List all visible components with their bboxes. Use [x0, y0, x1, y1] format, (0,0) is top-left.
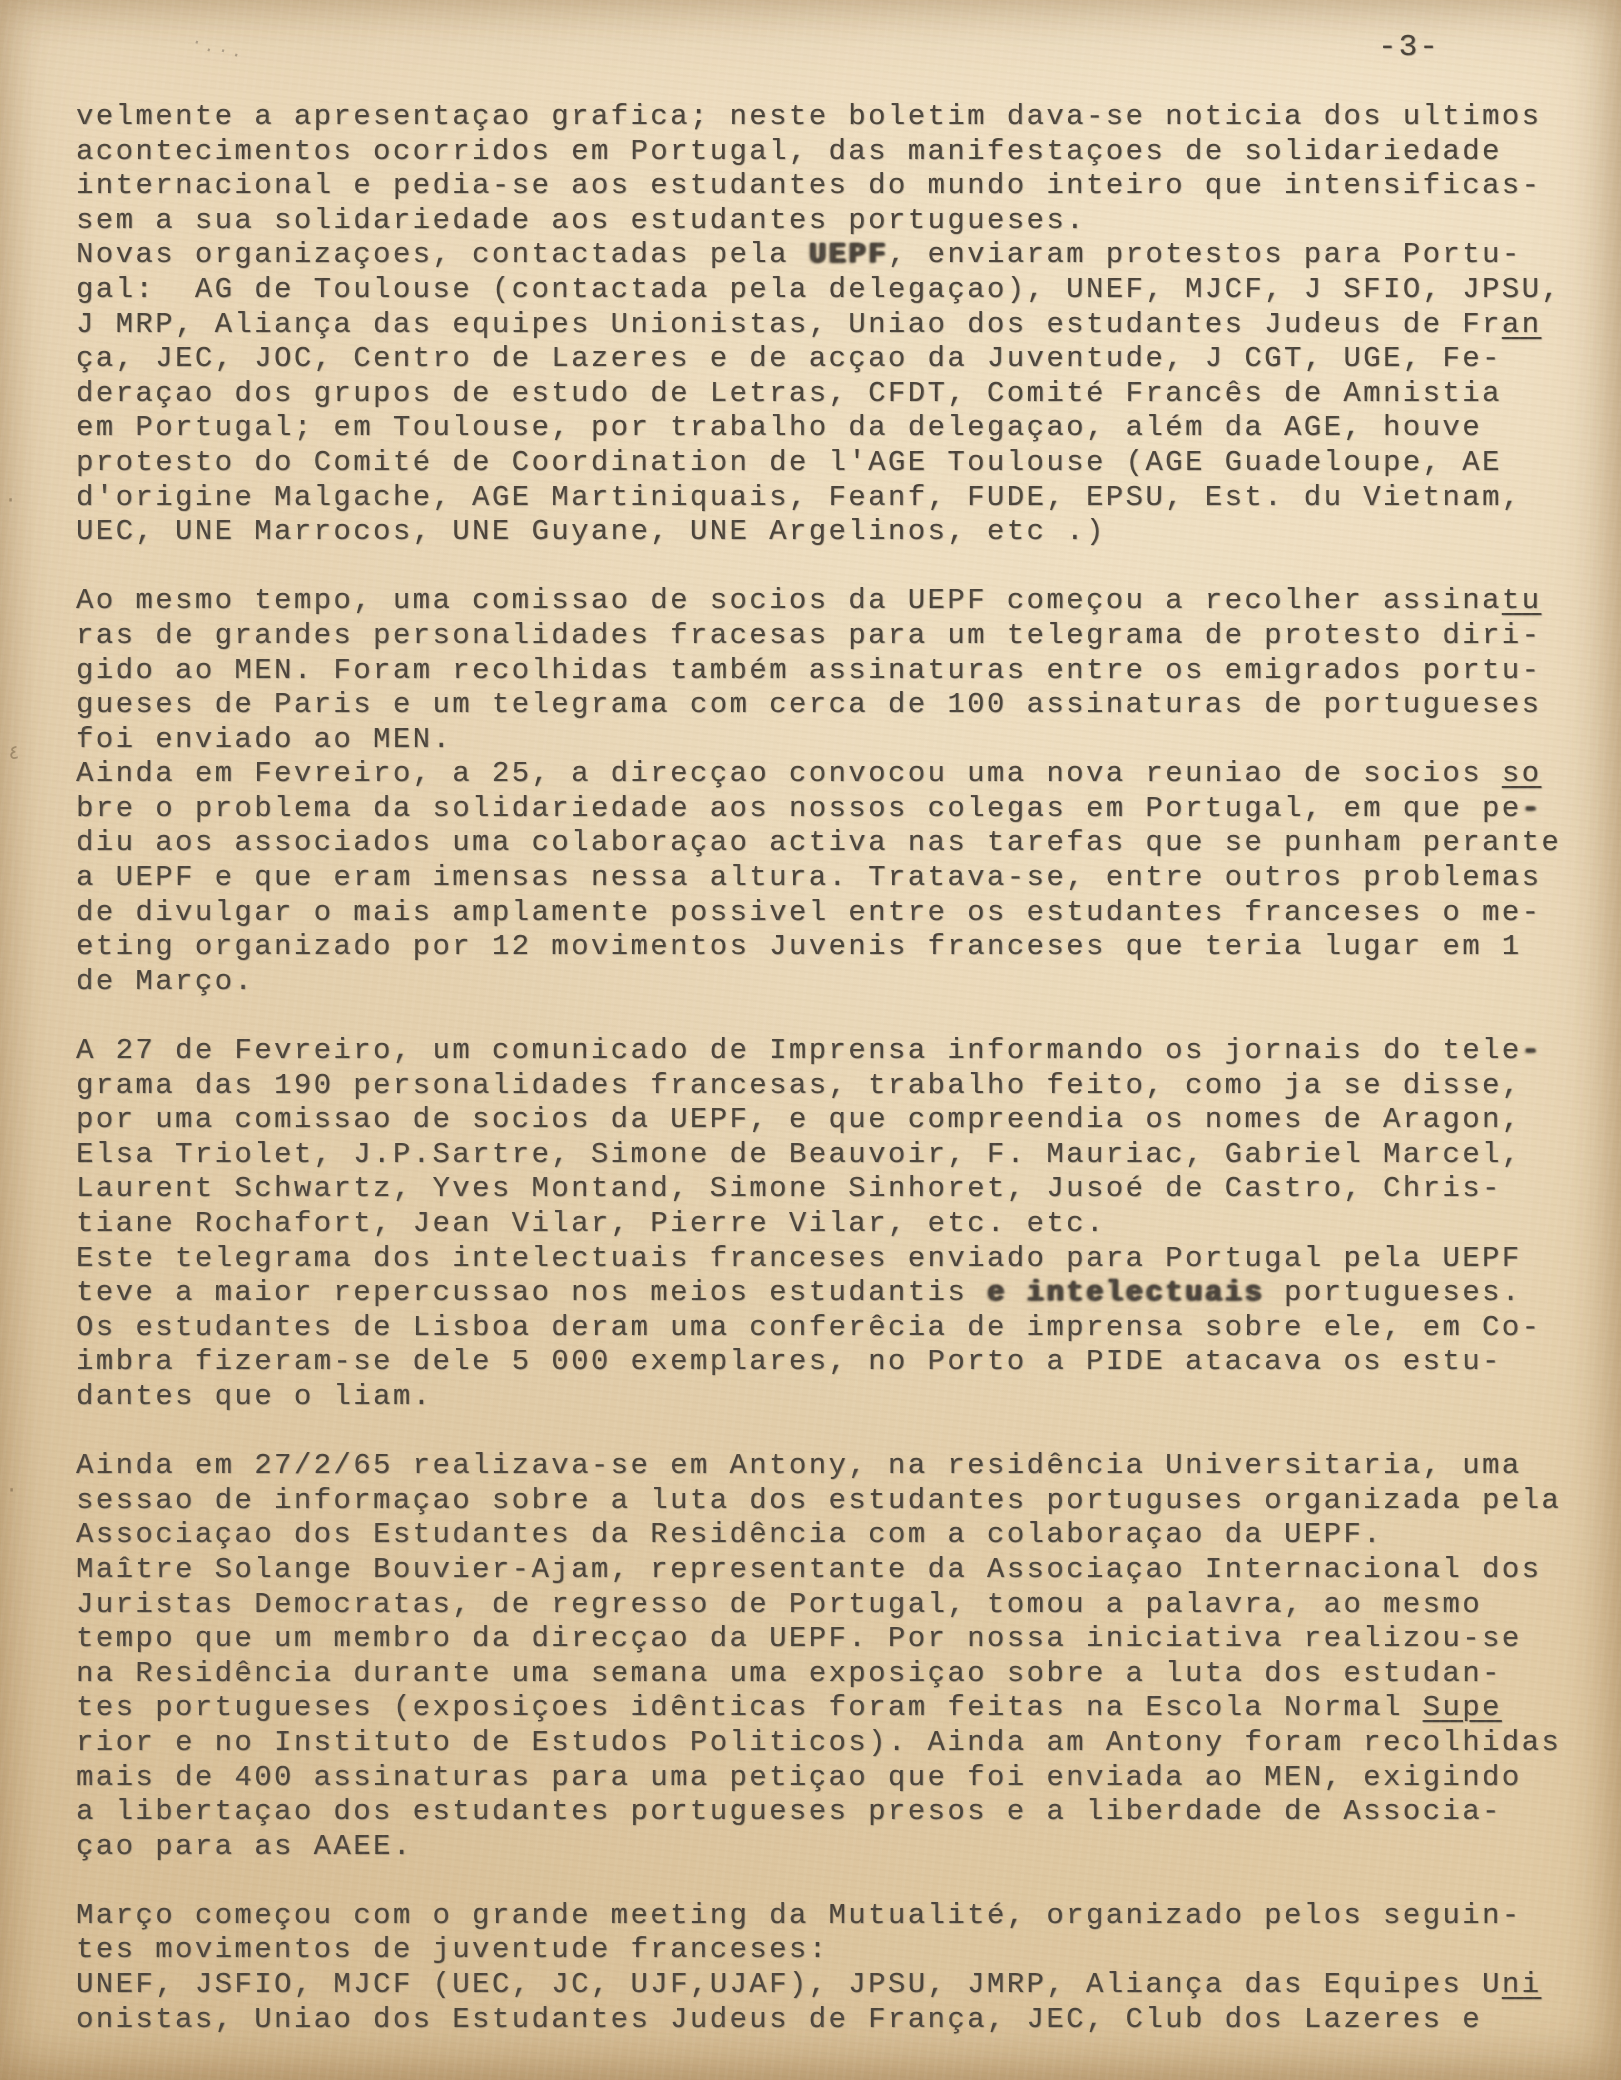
text-line: bre o problema da solidariedade aos noss…: [76, 792, 1576, 827]
page-body: velmente a apresentaçao grafica; neste b…: [76, 100, 1576, 2037]
text-segment: A 27 de Fevreiro, um comunicado de Impre…: [76, 1034, 1522, 1067]
text-line: Laurent Schwartz, Yves Montand, Simone S…: [76, 1172, 1576, 1207]
scan-artifact: ·: [4, 488, 20, 513]
text-segment: Ainda em Fevreiro, a 25, a direcçao conv…: [76, 757, 1502, 790]
text-line: onistas, Uniao dos Estudantes Judeus de …: [76, 2003, 1576, 2038]
text-line: Novas organizaçoes, contactadas pela UEP…: [76, 238, 1576, 273]
text-line: de divulgar o mais amplamente possivel e…: [76, 896, 1576, 931]
scan-artifact: ·: [5, 1478, 21, 1503]
text-line: Associaçao dos Estudantes da Residência …: [76, 1518, 1576, 1553]
text-line: ça, JEC, JOC, Centro de Lazeres e de acç…: [76, 342, 1576, 377]
text-line: grama das 190 personalidades francesas, …: [76, 1069, 1576, 1104]
text-line: Este telegrama dos intelectuais francese…: [76, 1242, 1576, 1277]
underlined-text: ni: [1502, 1968, 1542, 2001]
underlined-text: tu: [1502, 584, 1542, 617]
text-line: a libertaçao dos estudantes portugueses …: [76, 1795, 1576, 1830]
text-line: Ao mesmo tempo, uma comissao de socios d…: [76, 584, 1576, 619]
text-segment: tes portugueses (exposiçoes idênticas fo…: [76, 1691, 1423, 1724]
text-line: tempo que um membro da direcçao da UEPF.…: [76, 1622, 1576, 1657]
paragraph: Março começou com o grande meeting da Mu…: [76, 1899, 1576, 2037]
text-segment: teve a maior repercussao nos meios estud…: [76, 1276, 987, 1309]
text-line: imbra fizeram-se dele 5 000 exemplares, …: [76, 1345, 1576, 1380]
text-line: velmente a apresentaçao grafica; neste b…: [76, 100, 1576, 135]
text-line: diu aos associados uma colaboraçao activ…: [76, 826, 1576, 861]
text-line: a UEPF e que eram imensas nessa altura. …: [76, 861, 1576, 896]
text-line: Ainda em 27/2/65 realizava-se em Antony,…: [76, 1449, 1576, 1484]
text-segment: UNEF, JSFIO, MJCF (UEC, JC, UJF,UJAF), J…: [76, 1968, 1502, 2001]
text-segment: , enviaram protestos para Portu-: [888, 238, 1522, 271]
text-line: Os estudantes de Lisboa deram uma confer…: [76, 1311, 1576, 1346]
text-line: çao para as AAEE.: [76, 1830, 1576, 1865]
text-line: rior e no Instituto de Estudos Politicos…: [76, 1726, 1576, 1761]
document-page: -3- ·.·· · ٤ · velmente a apresentaçao g…: [0, 0, 1621, 2080]
text-line: acontecimentos ocorridos em Portugal, da…: [76, 135, 1576, 170]
scan-artifact: ٤: [8, 740, 20, 766]
text-line: gueses de Paris e um telegrama com cerca…: [76, 688, 1576, 723]
text-line: sessao de informaçao sobre a luta dos es…: [76, 1484, 1576, 1519]
text-line: tiane Rochafort, Jean Vilar, Pierre Vila…: [76, 1207, 1576, 1242]
text-line: internacional e pedia-se aos estudantes …: [76, 169, 1576, 204]
text-line: na Residência durante uma semana uma exp…: [76, 1657, 1576, 1692]
text-line: de Março.: [76, 965, 1576, 1000]
smudged-text: -: [1522, 1034, 1542, 1067]
smudged-text: e intelectuais: [987, 1276, 1264, 1309]
text-line: A 27 de Fevreiro, um comunicado de Impre…: [76, 1034, 1576, 1069]
paragraph: Ainda em 27/2/65 realizava-se em Antony,…: [76, 1449, 1576, 1864]
text-line: dantes que o liam.: [76, 1380, 1576, 1415]
text-line: gido ao MEN. Foram recolhidas também ass…: [76, 654, 1576, 689]
scan-artifact: ·.··: [188, 32, 247, 68]
text-line: tes portugueses (exposiçoes idênticas fo…: [76, 1691, 1576, 1726]
underlined-text: Supe: [1423, 1691, 1502, 1724]
text-line: d'origine Malgache, AGE Martiniquais, Fe…: [76, 481, 1576, 516]
text-line: teve a maior repercussao nos meios estud…: [76, 1276, 1576, 1311]
text-line: ras de grandes personalidades fracesas p…: [76, 619, 1576, 654]
text-line: eting organizado por 12 movimentos Juven…: [76, 930, 1576, 965]
underlined-text: so: [1502, 757, 1542, 790]
smudged-text: UEPF: [809, 238, 888, 271]
text-segment: J MRP, Aliança das equipes Unionistas, U…: [76, 308, 1502, 341]
text-line: gal: AG de Toulouse (contactada pela del…: [76, 273, 1576, 308]
text-line: Março começou com o grande meeting da Mu…: [76, 1899, 1576, 1934]
text-line: sem a sua solidariedade aos estudantes p…: [76, 204, 1576, 239]
text-segment: portugueses.: [1264, 1276, 1521, 1309]
smudged-text: -: [1522, 792, 1542, 825]
text-line: UEC, UNE Marrocos, UNE Guyane, UNE Argel…: [76, 515, 1576, 550]
text-segment: bre o problema da solidariedade aos noss…: [76, 792, 1522, 825]
text-line: por uma comissao de socios da UEPF, e qu…: [76, 1103, 1576, 1138]
paragraph: velmente a apresentaçao grafica; neste b…: [76, 100, 1576, 550]
page-number: -3-: [1378, 30, 1440, 65]
text-segment: Novas organizaçoes, contactadas pela: [76, 238, 809, 271]
paragraph: A 27 de Fevreiro, um comunicado de Impre…: [76, 1034, 1576, 1415]
text-line: tes movimentos de juventude franceses:: [76, 1933, 1576, 1968]
text-line: deraçao dos grupos de estudo de Letras, …: [76, 377, 1576, 412]
text-segment: Ao mesmo tempo, uma comissao de socios d…: [76, 584, 1502, 617]
text-line: foi enviado ao MEN.: [76, 723, 1576, 758]
text-line: J MRP, Aliança das equipes Unionistas, U…: [76, 308, 1576, 343]
text-line: protesto do Comité de Coordination de l'…: [76, 446, 1576, 481]
paragraph: Ao mesmo tempo, uma comissao de socios d…: [76, 584, 1576, 999]
text-line: UNEF, JSFIO, MJCF (UEC, JC, UJF,UJAF), J…: [76, 1968, 1576, 2003]
underlined-text: an: [1502, 308, 1542, 341]
text-line: mais de 400 assinaturas para uma petiçao…: [76, 1761, 1576, 1796]
text-line: Maître Solange Bouvier-Ajam, representan…: [76, 1553, 1576, 1588]
text-line: Ainda em Fevreiro, a 25, a direcçao conv…: [76, 757, 1576, 792]
text-line: Elsa Triolet, J.P.Sartre, Simone de Beau…: [76, 1138, 1576, 1173]
text-line: em Portugal; em Toulouse, por trabalho d…: [76, 411, 1576, 446]
text-line: Juristas Democratas, de regresso de Port…: [76, 1588, 1576, 1623]
